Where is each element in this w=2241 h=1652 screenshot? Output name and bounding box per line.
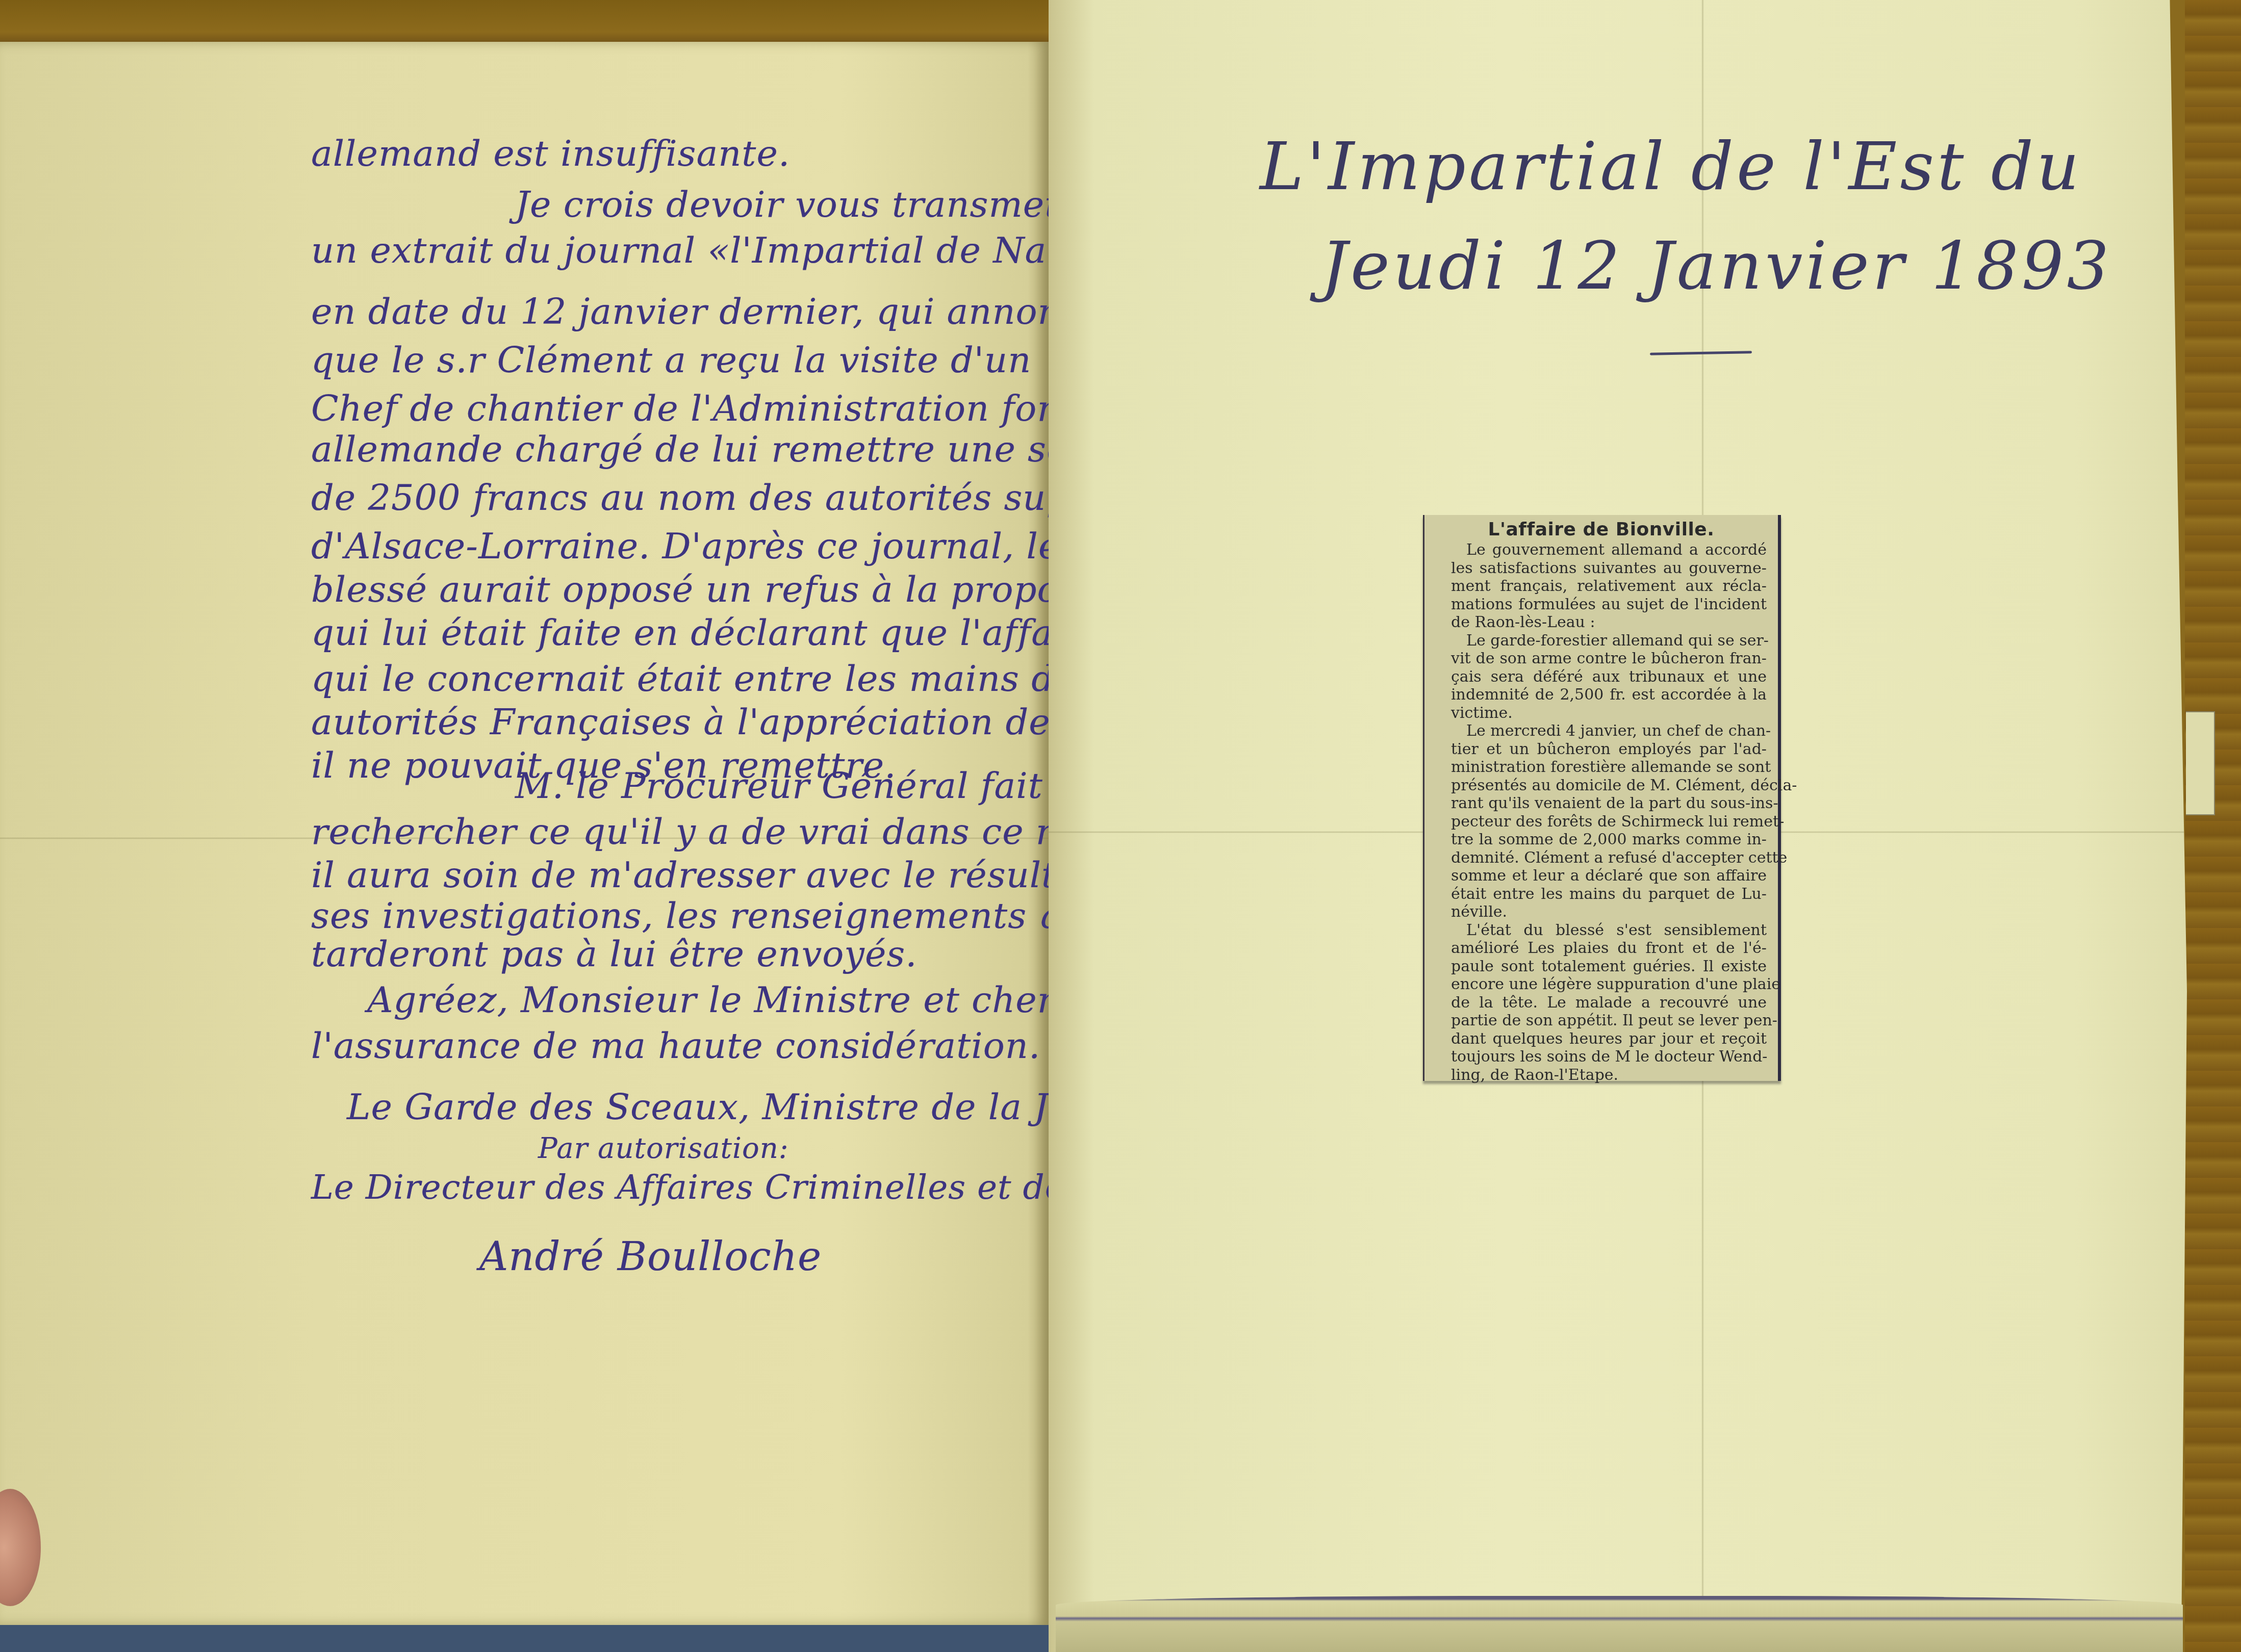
- closing-title-line: Le Garde des Sceaux, Ministre de la Just…: [347, 1086, 1172, 1128]
- clipping-line: toujours les soins de M le docteur Wend-: [1436, 1048, 1767, 1066]
- clipping-line: somme et leur a déclaré que son affaire: [1436, 867, 1767, 885]
- letter-line: l'assurance de ma haute considération.: [311, 1025, 1040, 1067]
- clipping-line: mations formulées au sujet de l'incident: [1436, 596, 1767, 614]
- letter-line: tarderont pas à lui être envoyés.: [311, 933, 917, 975]
- letter-line: allemande chargé de lui remettre une som…: [311, 428, 1159, 470]
- signature: André Boulloche: [479, 1234, 822, 1280]
- clipping-paragraph: Le garde-forestier allemand qui se ser- …: [1436, 632, 1767, 722]
- clipping-line: victime.: [1436, 704, 1767, 722]
- clipping-line: çais sera déféré aux tribunaux et une: [1436, 668, 1767, 686]
- paper-tab: [2186, 711, 2215, 815]
- letter-line: d'Alsace-Lorraine. D'après ce journal, l…: [311, 525, 1060, 567]
- clipping-line: L'état du blessé s'est sensiblement: [1436, 921, 1767, 940]
- clipping-line: Le garde-forestier allemand qui se ser-: [1436, 632, 1767, 650]
- clipping-line: rant qu'ils venaient de la part du sous-…: [1436, 794, 1767, 813]
- clipping-line: paule sont totalement guéries. Il existe: [1436, 958, 1767, 976]
- heading-newspaper-name: L'Impartial de l'Est du: [1260, 127, 2082, 205]
- letter-line: rechercher ce qu'il y a de vrai dans ce …: [311, 811, 1170, 853]
- clipping-line: Le mercredi 4 janvier, un chef de chan-: [1436, 722, 1767, 740]
- clipping-line: amélioré Les plaies du front et de l'é-: [1436, 939, 1767, 958]
- letter-line: qui le concernait était entre les mains …: [311, 658, 1095, 700]
- clipping-line: de Raon-lès-Leau :: [1436, 613, 1767, 632]
- clipping-line: les satisfactions suivantes au gouverne-: [1436, 559, 1767, 578]
- clipping-line: était entre les mains du parquet de Lu-: [1436, 885, 1767, 904]
- clipping-line: de la tête. Le malade a recouvré une: [1436, 994, 1767, 1012]
- clipping-line: demnité. Clément a refusé d'accepter cet…: [1436, 849, 1767, 867]
- clipping-line: dant quelques heures par jour et reçoit: [1436, 1030, 1767, 1048]
- clipping-line: indemnité de 2,500 fr. est accordée à la: [1436, 686, 1767, 704]
- letter-line: Je crois devoir vous transmettre: [515, 184, 1113, 225]
- clipping-paragraph: Le gouvernement allemand a accordé les s…: [1436, 541, 1767, 632]
- clipping-line: vit de son arme contre le bûcheron fran-: [1436, 650, 1767, 668]
- clipping-line: encore une légère suppuration d'une plai…: [1436, 975, 1767, 994]
- letter-line: que le s.r Clément a reçu la visite d'un: [311, 339, 1031, 381]
- clipping-line: ment français, relativement aux récla-: [1436, 577, 1767, 596]
- desk-surface-right: [2185, 0, 2241, 1652]
- clipping-line: tier et un bûcheron employés par l'ad-: [1436, 740, 1767, 759]
- clipping-line: Le gouvernement allemand a accordé: [1436, 541, 1767, 559]
- letter-line: blessé aurait opposé un refus à la propo…: [311, 569, 1162, 610]
- clipping-paragraph: L'état du blessé s'est sensiblement amél…: [1436, 921, 1767, 1085]
- desk-surface-top: [0, 0, 1051, 46]
- clipping-line: partie de son appétit. Il peut se lever …: [1436, 1012, 1767, 1030]
- letter-line: il aura soin de m'adresser avec le résul…: [311, 854, 1150, 896]
- clipping-line: pecteur des forêts de Schirmeck lui reme…: [1436, 813, 1767, 831]
- clipping-line: présentés au domicile de M. Clément, déc…: [1436, 777, 1767, 795]
- page-stack-edges: [1056, 1596, 2183, 1652]
- clipping-line: tre la somme de 2,000 marks comme in-: [1436, 831, 1767, 849]
- closing-authorization: Par autorisation:: [538, 1132, 789, 1165]
- letter-line: en date du 12 janvier dernier, qui annon…: [311, 291, 1103, 332]
- letter-line: M. le Procureur Général fait: [515, 765, 1043, 807]
- letter-line: allemand est insuffisante.: [311, 133, 790, 174]
- clipping-paragraph: Le mercredi 4 janvier, un chef de chan- …: [1436, 722, 1767, 921]
- heading-newspaper-date: Jeudi 12 Janvier 1893: [1321, 227, 2112, 304]
- clipping-line: ministration forestière allemande se son…: [1436, 758, 1767, 777]
- letter-line: ses investigations, les renseignements q…: [311, 895, 1154, 937]
- clipping-line: néville.: [1436, 903, 1767, 921]
- letter-line: un extrait du journal «l'Impartial de Na…: [311, 229, 1145, 271]
- letter-line: qui lui était faite en déclarant que l'a…: [311, 612, 1104, 654]
- table-surface-bottom: [0, 1621, 1051, 1652]
- clipping-line: ling, de Raon-l'Etape.: [1436, 1066, 1767, 1085]
- newspaper-clipping: L'affaire de Bionville. Le gouvernement …: [1423, 515, 1781, 1081]
- clipping-title: L'affaire de Bionville.: [1436, 519, 1767, 540]
